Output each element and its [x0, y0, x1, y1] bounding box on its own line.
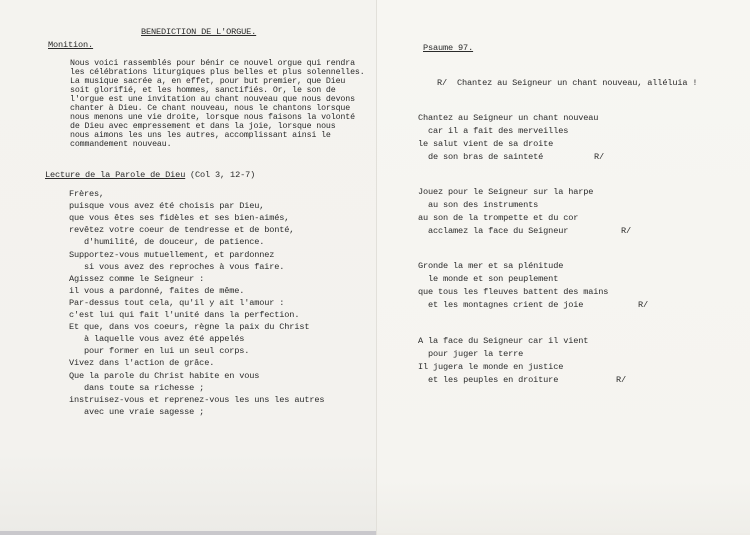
stanza-line: au son de la trompette et du cor — [418, 213, 578, 223]
reading-line: dans toute sa richesse ; — [69, 383, 204, 393]
page-edge-shadow — [0, 531, 376, 535]
reading-line: avec une vraie sagesse ; — [69, 407, 204, 417]
stanza-response: R/ — [616, 375, 626, 385]
reading-line: puisque vous avez été choisis par Dieu, — [69, 201, 264, 211]
reading-line: instruisez-vous et reprenez-vous les uns… — [69, 395, 324, 405]
stanza-response: R/ — [621, 226, 631, 236]
paragraph-line: de Dieu avec empressement et dans la joi… — [70, 122, 336, 131]
page-fold — [376, 0, 377, 535]
paragraph-line: La musique sacrée a, en effet, pour but … — [70, 77, 345, 86]
reading-line: Frères, — [69, 189, 104, 199]
reading-line: si vous avez des reproches à vous faire. — [69, 262, 284, 272]
reading-line: il vous a pardonné, faites de même. — [69, 286, 244, 296]
stanza-response: R/ — [638, 300, 648, 310]
stanza-line: Il jugera le monde en justice — [418, 362, 563, 372]
reading-line: à laquelle vous avez été appelés — [69, 334, 244, 344]
stanza-line: Gronde la mer et sa plénitude — [418, 261, 563, 271]
paragraph-line: les célébrations liturgiques plus belles… — [70, 68, 365, 77]
stanza-line: A la face du Seigneur car il vient — [418, 336, 588, 346]
paragraph-line: chanter à Dieu. Ce chant nouveau, nous l… — [70, 104, 350, 113]
reading-line: Agissez comme le Seigneur : — [69, 274, 204, 284]
stanza-response: R/ — [594, 152, 604, 162]
reading-line: Que la parole du Christ habite en vous — [69, 371, 259, 381]
stanza-line: acclamez la face du Seigneur — [418, 226, 568, 236]
reading-line: Par-dessus tout cela, qu'il y ait l'amou… — [69, 298, 284, 308]
reading-line: Supportez-vous mutuellement, et pardonne… — [69, 250, 274, 260]
stanza-line: que tous les fleuves battent des mains — [418, 287, 608, 297]
paragraph-line: l'orgue est une invitation au chant nouv… — [70, 95, 355, 104]
stanza-line: pour juger la terre — [418, 349, 523, 359]
stanza-line: et les peuples en droiture — [418, 375, 558, 385]
reading-heading: Lecture de la Parole de Dieu — [45, 170, 185, 180]
paragraph-line: nous aimons les uns les autres, accompli… — [70, 131, 331, 140]
reading-line: pour former en lui un seul corps. — [69, 346, 249, 356]
psalm-refrain: R/ Chantez au Seigneur un chant nouveau,… — [437, 78, 697, 88]
stanza-line: et les montagnes crient de joie — [418, 300, 583, 310]
paragraph-line: nous menons une vie droite, lorsque nous… — [70, 113, 355, 122]
stanza-line: le salut vient de sa droite — [418, 139, 553, 149]
monition-heading: Monition. — [48, 40, 93, 50]
reading-line: Vivez dans l'action de grâce. — [69, 358, 214, 368]
paragraph-line: commandement nouveau. — [70, 140, 171, 149]
reading-line: que vous êtes ses fidèles et ses bien-ai… — [69, 213, 289, 223]
document-title: BENEDICTION DE L'ORGUE. — [141, 27, 256, 37]
reading-line: Et que, dans vos coeurs, règne la paix d… — [69, 322, 309, 332]
paragraph-line: Nous voici rassemblés pour bénir ce nouv… — [70, 59, 355, 68]
stanza-line: le monde et son peuplement — [418, 274, 558, 284]
reading-line: d'humilité, de douceur, de patience. — [69, 237, 264, 247]
psalm-heading: Psaume 97. — [423, 43, 473, 53]
reading-line: c'est lui qui fait l'unité dans la perfe… — [69, 310, 299, 320]
reading-line: revêtez votre coeur de tendresse et de b… — [69, 225, 294, 235]
stanza-line: de son bras de sainteté — [418, 152, 543, 162]
stanza-line: car il a fait des merveilles — [418, 126, 568, 136]
stanza-line: Jouez pour le Seigneur sur la harpe — [418, 187, 593, 197]
stanza-line: au son des instruments — [418, 200, 538, 210]
stanza-line: Chantez au Seigneur un chant nouveau — [418, 113, 598, 123]
reading-reference: (Col 3, 12-7) — [190, 170, 255, 180]
paragraph-line: soit glorifié, et les hommes, sanctifiés… — [70, 86, 336, 95]
